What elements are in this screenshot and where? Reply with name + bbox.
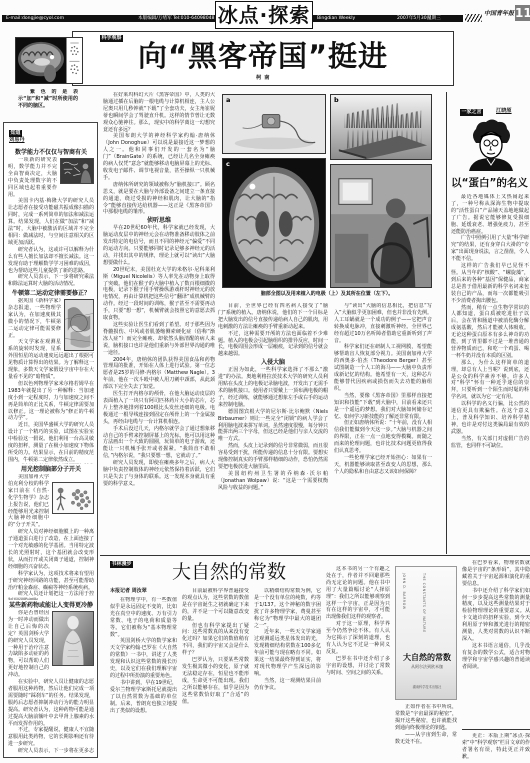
paragraph: 研究人员表示，下一步将在更多志愿者身上开展试验。 xyxy=(8,748,94,754)
paragraph: 但正如唐纳休所说：“十年前，没有人相信我们能做到今天这一步。”大脑与机器之间的界… xyxy=(334,420,432,455)
paragraph: ——从宇宙到生命，常数无处不在。 xyxy=(395,732,457,746)
galaxy-map-image xyxy=(64,299,94,351)
newspaper-page: E-mail:dongjie@cyol.com 本版编辑/万绪军 Tel:010… xyxy=(0,0,530,763)
paragraph: 与“读出”大脑的信息相比，把信息“写入”大脑似乎更加困难，但也并非没有先例。人工… xyxy=(334,303,432,344)
brain-diagram-panel xyxy=(66,38,82,83)
sidebar-author: 刘易丹 xyxy=(9,137,25,144)
brain-figure-caption: 紫色的是表示“加”和“减”时所使用的不同的脑区。 xyxy=(18,89,78,111)
masthead-left-bar: E-mail:dongjie@cyol.com 本版编辑/万绪军 Tel:010… xyxy=(2,15,215,22)
paragraph: 科学家们还在研制人工视网膜，希望能够帮助盲人恢复部分视力。美国南加州大学的西奥多… xyxy=(334,344,432,392)
opinion-headline: 以“蛋白”的名义 xyxy=(449,176,530,190)
paragraph: 当然，有关部门对虚假广告的监管，也同样不可缺位。 xyxy=(451,436,529,450)
correction-divider xyxy=(462,729,530,730)
paragraph: 但以色列物理学家米尔格若姆早在1983年就提出了另一种解释：当加速度小到一定程度… xyxy=(8,381,94,422)
paragraph: 广告中照例引用了大量“科学研究”的结果，还有身穿白大褂的“专家”出面现身说法，言… xyxy=(451,235,529,263)
paragraph: 不过，专家提醒说，健康人不宜随意服用此类药物，它的长期影响还有待进一步研究。 xyxy=(8,727,94,748)
science-news-sidebar: 知道 刘易丹 数学能力不仅仅与智商有关 一项新的研究表明，数学能力并不完全由智商… xyxy=(3,122,98,758)
paper-logo: 中国青年报 xyxy=(484,9,514,19)
paragraph: 书中还介绍了科学家们如何一步步提高这些常数的测量精度，以及这些测量结果对于检验物… xyxy=(462,588,530,643)
paragraph: 但也有科学家提出了疑问：这些常数真的从来没有变化过吗？如果它们的数值稍有不同，我… xyxy=(182,623,249,658)
paragraph: 对于这一原理，科学界至今仍然争论不休。有人认为它揭示了深刻的道理，也有人认为它不… xyxy=(326,621,390,656)
sidebar-tag: 知道 xyxy=(9,130,22,137)
book-review-headline: 大自然的常数 xyxy=(168,560,290,584)
paragraph: 美国布朗大学的神经科学家约翰·唐纳休（John Donoghue）可以说是最接近… xyxy=(103,133,215,181)
sidebar-article-body: 据英国《新科学家》杂志报道，一些物理学家认为，在加速度极其微小的情况下，牛顿第二… xyxy=(8,298,94,464)
paragraph: 然而，头皮上记录到的信号非常微弱，而且很容易受到干扰，所能传递的信息十分有限。要… xyxy=(218,443,328,471)
section-title-box: 冰点·探索 xyxy=(215,1,313,29)
feature-subheading-invading: 入侵大脑 xyxy=(218,358,328,367)
paragraph: 近日，美国华盛顿大学的研究人员设计了一个精巧的实验，试图在实验室中检验这一假说。… xyxy=(8,422,94,463)
issue-weekday: 星期三 xyxy=(427,15,441,22)
book-review-column-2: 目前最被科学界普遍接受的观点认为，这些常数的数值是在宇宙诞生之初就确定下来的，并… xyxy=(182,588,249,758)
paragraph: 在实验中，研究人员让健康的志愿者服用这种药物，然后让他们完成一项需要随时“踩刹车… xyxy=(8,679,94,727)
book-review-byline: 本报记者 周汝翠 xyxy=(110,588,147,595)
paragraph: 研究人员对神经细胞膜上的一种离子通道蛋白进行了改造，在上面连接了一个对光敏感的化… xyxy=(8,529,94,570)
paragraph: 这样的广告我们早已见怪不怪。从当年的“核酸”、“螺旋藻”，到后来的各种“基因”保… xyxy=(451,263,529,304)
electrode-array-photo: b xyxy=(330,94,432,160)
sidebar-article-math: 数学能力不仅仅与智商有关 一项新的研究表明，数学能力并不完全由智商决定，大脑中负… xyxy=(8,148,94,289)
figure-label-b: b xyxy=(334,96,339,104)
paragraph: 科学家认为，这项技术将来有望用于研究神经回路的功能，甚至可能帮助治疗帕金森症、癫… xyxy=(8,571,94,592)
cover-english-title: THE CONSTANTS OF NATURE xyxy=(422,573,426,633)
chalkboard-photo xyxy=(60,158,94,184)
figure-label-c: c xyxy=(226,160,230,168)
paragraph: 巴罗认为，只要某些常数发生极其微小的变化，原子就无法稳定存在，恒星也不能形成，生… xyxy=(182,657,249,705)
brain-mri-photo: c xyxy=(222,158,326,288)
implant-device-photo: a xyxy=(222,94,326,154)
paragraph: 唐纳休所研究的领域被称为“脑机接口”。顾名思义，就是要在大脑与外部设备之间建立一… xyxy=(103,182,215,217)
sidebar-headline: 用光控制脑部分子开关 xyxy=(8,465,94,474)
paragraph: 美国纽约州卫生署的乔纳森·沃尔帕（Jonathan Wolpaw）说：“这是一个… xyxy=(218,471,328,492)
paragraph: 以科学的名义行骗，比公然的迷信更具有欺骗性。在这个意义上，普及科学知识、培养科学… xyxy=(451,401,529,436)
paragraph: 当然，要像《黑客帝国》里那样直接把知识和技能“下载”到大脑中，目前看来还只是一个… xyxy=(334,393,432,421)
cover-title: 大自然的常数 xyxy=(398,653,456,663)
paragraph: 当然，这一观测结果目前仍有争议。 xyxy=(254,678,321,692)
paragraph: 手术后没过几天，内格尔就学会了通过想象移动自己的手臂来控制屏幕上的光标。他可以用… xyxy=(103,426,215,461)
glass-figure-photo xyxy=(52,611,94,666)
paragraph: 这些实验让医生们看到了希望。对于那些因为脊髓损伤、中风或者肌萎缩侧索硬化症（俗称… xyxy=(103,322,215,357)
sidebar-headline: 数学能力不仅仅与智商有关 xyxy=(8,148,94,157)
paragraph: 研究人员发现，即使在瘫痪多年之后，病人大脑中负责控制肢体的神经元依然保持着活跃，… xyxy=(103,460,215,488)
figure-label-a: a xyxy=(226,96,230,104)
book-review-side-text: 在巴罗看来，物理常数就像是宇宙的“条形码”，其中隐藏着关于宇宙起源和演化的重要信… xyxy=(462,560,530,726)
cover-english-author: JOHN D. BARROW xyxy=(402,573,406,610)
paragraph: 在物理学中，有一些数值似乎是永远固定不变的，比如光在真空中的速度、万有引力常数、… xyxy=(110,597,177,638)
book-review-column-4: 这本书的另一个有趣之处在于，作者并不回避那些尚无定论的问题。他在书中用了大量篇幅… xyxy=(326,566,390,758)
sidebar-headline: 某些新药物或能让人变得更冷静 xyxy=(8,601,94,610)
paragraph: 美国卡内基·梅隆大学的研究人员让志愿者在接受功能磁共振成像扫描的同时，完成一系列… xyxy=(8,198,94,246)
feature-headline: 向“黑客帝国”挺进 xyxy=(72,40,454,72)
section-divider xyxy=(100,555,530,556)
feature-subheading-listening: 侦听思维 xyxy=(103,216,215,225)
masthead-right-bar: Bingdian Weekly 2007年5月30日 星期三 xyxy=(313,15,463,22)
feature-column-3: 与“读出”大脑的信息相比，把信息“写入”大脑似乎更加困难，但也并非没有先例。人工… xyxy=(334,303,432,553)
book-review-tag: 书林漫步 xyxy=(110,561,133,568)
paragraph: 2004年，唐纳休的团队获得美国食品和药物管理局的批准，开始在人体上进行试验。第… xyxy=(103,357,215,392)
paragraph: 这本书语言通俗，几乎没有复杂的数学公式，适合对物理学和宇宙学感兴趣的普通读者阅读… xyxy=(462,643,530,671)
paragraph: 在巴罗看来，物理常数就像是宇宙的“条形码”，其中隐藏着关于宇宙起源和演化的重要信… xyxy=(462,560,530,588)
paragraph: 研究人员表示，下一步将研究乘法和除法运算时大脑的活动情况。 xyxy=(8,274,94,288)
editor-phone: Tel:010-64098048 xyxy=(173,15,214,22)
paragraph: 这本书的另一个有趣之处在于，作者并不回避那些尚无定论的问题。他在书中用了大量篇幅… xyxy=(326,566,390,621)
cover-subtitle: 从阿尔法到欧米伽 xyxy=(398,664,456,670)
paragraph: 在好莱坞科幻大片《黑客帝国》中，人类的大脑通过插在后脑的一根电缆与计算机相连，主… xyxy=(103,92,215,133)
paragraph: 然而，稍有一点生物学常识的人都知道，蛋白质被吃进肚子以后，会在胃和肠道中被消化酶… xyxy=(451,305,529,360)
wheelchair-patient-photo xyxy=(330,164,432,288)
opinion-column-divider xyxy=(446,92,447,554)
paragraph: 书中讲到，早在19世纪，爱尔兰物理学家斯托尼就提出了以自然常数为基础的单位制。后… xyxy=(110,680,177,715)
paragraph: 最近各地媒体上又热闹起来了，一种号称从深海生物中提取的“活性蛋白”产品铺天盖地地… xyxy=(451,194,529,235)
page-number: 11 xyxy=(515,5,530,21)
author-cartoon-portrait xyxy=(463,119,519,171)
paragraph: 以精细结构常数为例，它是一个没有单位的纯数，约等于1/137。这个神秘的数字困扰… xyxy=(254,588,321,629)
sidebar-article-body: 美国加州大学伯克利分校的科学家日前在《自然·化学生物学》杂志上报告说，他们已经能… xyxy=(8,474,94,600)
editor-email: E-mail:dongjie@cyol.com xyxy=(6,15,64,22)
paragraph: 20世纪末，美国杜克大学的米格尔·尼科莱利斯（Miguel Nicolelis）… xyxy=(103,267,215,322)
paragraph: 目前最被科学界普遍接受的观点认为，这些常数的数值是在宇宙诞生之初就确定下来的，并… xyxy=(182,588,249,623)
paragraph: 英国剑桥大学的数学家和天文学家约翰·巴罗在《大自然的常数》一书中，讲述了人类发现… xyxy=(110,638,177,679)
paragraph: 近年来，一些天文学家通过观测遥远类星体发出的光，发现精细结构常数在100多亿年前… xyxy=(254,629,321,677)
opinion-body: 最近各地媒体上又热闹起来了，一种号称从深海生物中提取的“活性蛋白”产品铺天盖地地… xyxy=(451,194,529,553)
molecule-illustration xyxy=(52,482,94,514)
section-title: 冰点·探索 xyxy=(218,3,311,27)
opinion-tag: 一家之言 xyxy=(460,109,483,116)
sidebar-article-body: 你是否曾经因为一时冲动而做出让自己后悔的决定？英国剑桥大学的研究人员发现，一种用… xyxy=(8,610,94,754)
book-cover-image: THE CONSTANTS OF NATURE JOHN D. BARROW 大… xyxy=(395,566,457,700)
paragraph: 医生打开内格尔的颅骨，在他大脑运动皮层的表面植入了一块只有阿司匹林药片大小的芯片… xyxy=(103,391,215,426)
book-review-column-3: 以精细结构常数为例，它是一个没有单位的纯数，约等于1/137。这个神秘的数字困扰… xyxy=(254,588,321,758)
feature-author: 柯南 xyxy=(256,75,272,82)
cover-publisher: 湖南科学技术出版社 xyxy=(398,685,456,690)
sidebar-article-newton: 牛顿第二运动定律需要修正？ 据英国《新科学家》杂志报道，一些物理学家认为，在加速… xyxy=(8,289,94,465)
hatch-decoration xyxy=(465,14,482,22)
weekly-name: Bingdian Weekly xyxy=(317,15,355,22)
feature-figure-caption: 脑部全图以及用来植入的电极（上）及其所在位置（左下）。 xyxy=(222,291,432,298)
opinion-author: 江晓原 xyxy=(496,108,512,115)
brain-scan-figure xyxy=(15,37,83,84)
paragraph: 不过，这种需要开颅的方法也面临着不少难题。植入的电极会引起脑组织的排异反应，时间… xyxy=(218,331,328,359)
paragraph: 正因为如此，一些科学家选择了不那么“激进”的办法。奥地利格拉茨技术大学的研究人员… xyxy=(218,367,328,408)
sidebar-article-body: 一项新的研究表明，数学能力并不完全由智商决定，大脑中负责处理数字的不同区域也起着… xyxy=(8,157,94,288)
book-review-below-cover: 正如作者在书中所说，常数是“宇宙最深的秘密”，揭开这些秘密，也许就能找到通向终极… xyxy=(395,704,457,758)
sidebar-article-calm-drug: 某些新药物或能让人变得更冷静 你是否曾经因为一时冲动而做出让自己后悔的决定？英国… xyxy=(8,601,94,755)
book-review-column-1: 在物理学中，有一些数值似乎是永远固定不变的，比如光在真空中的速度、万有引力常数、… xyxy=(110,597,177,758)
paragraph: 巴罗在书中还介绍了多宇宙的设想，并讨论了常数与时间、空间之间的关系。 xyxy=(326,656,390,677)
paragraph: 研究者认为，这或许可以解释为什么有些人擅长加法却不擅长减法。这一发现有助于理解数… xyxy=(8,247,94,275)
paragraph: 正如作者在书中所说，常数是“宇宙最深的秘密”，揭开这些秘密，也许就能找到通向终极… xyxy=(395,704,457,732)
paragraph: 德国图宾根大学的尼尔斯·比尔鲍默（Niels Birbaumer）则让一些完全“… xyxy=(218,409,328,444)
feature-column-2: 目前，全世界已经有四名病人接受了“脑门”系统的植入。唐纳休说，他们的下一个目标是… xyxy=(218,303,328,553)
sidebar-article-light-switch: 用光控制脑部分子开关 美国加州大学伯克利 xyxy=(8,465,94,601)
paragraph: 目前，全世界已经有四名病人接受了“脑门”系统的植入。唐纳休说，他们的下一个目标是… xyxy=(218,303,328,331)
correction-notice: 更正：本版上期“冰点·探索”中“科学观察”栏目文章的作者署名有误，特此更正并致歉… xyxy=(462,733,530,760)
paragraph: 那么，为什么这样简单的道理，却总有人上当呢？说到底，还是公众的科学素养不够。许多… xyxy=(451,360,529,401)
page-editor: 本版编辑/万绪军 xyxy=(138,15,172,22)
paragraph: 一些伦理学家已经开始担心：如果有一天，机器能够读取甚至改变人的思想，那么个人的隐… xyxy=(334,455,432,476)
sidebar-headline: 牛顿第二运动定律需要修正？ xyxy=(8,289,94,298)
paragraph: 研究人员还计划把这一方法用于控制视网膜细胞。 xyxy=(8,591,94,600)
feature-column-1: 在好莱坞科幻大片《黑客帝国》中，人类的大脑通过插在后脑的一根电缆与计算机相连，主… xyxy=(103,92,215,553)
brain-mri-image xyxy=(16,38,66,83)
paragraph: 早在20世纪60年代，科学家就已经发现，大脑运动皮层中的神经元会在动物准备移动肢… xyxy=(103,225,215,266)
